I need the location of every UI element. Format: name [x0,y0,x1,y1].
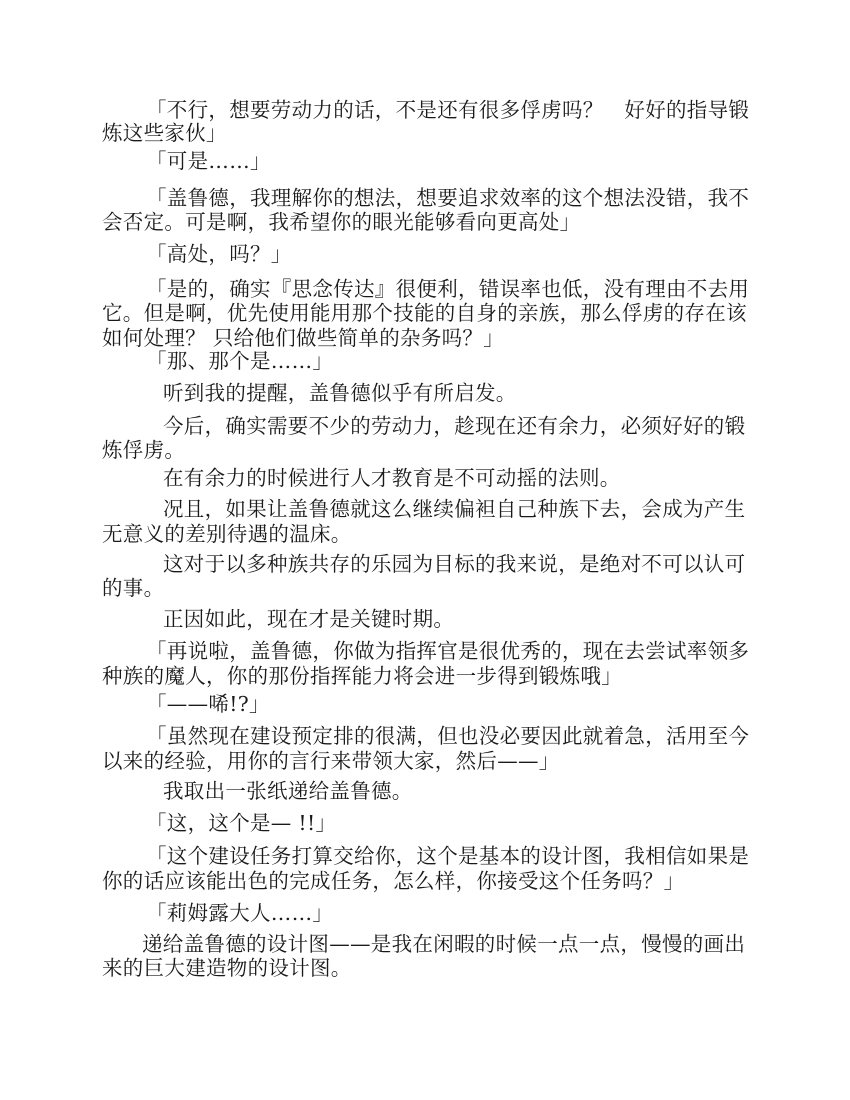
text-line: 「这个建设任务打算交给你，这个是基本的设计图，我相信如果是 [146,844,749,868]
text-line: 「那、那个是……」 [146,349,333,373]
text-line: 炼俘虏。 [102,438,185,462]
text-line: 「是的，确实『思念传达』很便利，错误率也低，没有理由不去用 [146,277,749,301]
text-line: 「——唏!?」 [146,692,270,716]
text-line: 会否定。可是啊，我希望你的眼光能够看向更高处」 [102,210,580,234]
text-line: 正因如此，现在才是关键时期。 [163,607,454,631]
text-line: 「虽然现在建设预定排的很满，但也没必要因此就着急，活用至今 [146,724,749,748]
text-line: 「高处，吗？」 [146,242,292,266]
text-line: 「不行，想要劳动力的话，不是还有很多俘虏吗？ 好好的指导锻 [146,98,749,122]
text-line: 「莉姆露大人……」 [146,901,333,925]
text-line: 这对于以多种族共存的乐园为目标的我来说，是绝对不可以认可 [163,552,745,576]
text-line: 「盖鲁德，我理解你的想法，想要追求效率的这个想法没错，我不 [146,186,749,210]
text-line: 「这，这个是— !!」 [146,811,336,835]
text-line: 在有余力的时候进行人才教育是不可动摇的法则。 [163,466,621,490]
text-line: 我取出一张纸递给盖鲁德。 [163,779,413,803]
text-line: 你的话应该能出色的完成任务，怎么样，你接受这个任务吗？」 [102,869,684,893]
text-line: 递给盖鲁德的设计图——是我在闲暇的时候一点一点，慢慢的画出 [142,932,745,956]
text-line: 来的巨大建造物的设计图。 [102,956,352,980]
text-line: 今后，确实需要不少的劳动力，趁现在还有余力，必须好好的锻 [163,414,745,438]
text-line: 「再说啦，盖鲁德，你做为指挥官是很优秀的，现在去尝试率领多 [146,639,749,663]
text-line: 的事。 [102,576,164,600]
text-line: 它。但是啊，优先使用能用那个技能的自身的亲族，那么俘虏的存在该 [102,301,747,325]
text-line: 无意义的差别待遇的温床。 [102,522,352,546]
text-line: 炼这些家伙」 [102,121,227,145]
text-line: 如何处理？ 只给他们做些简单的杂务吗？」 [102,326,504,350]
text-line: 种族的魔人，你的那份指挥能力将会进一步得到锻炼哦」 [102,664,622,688]
text-line: 以来的经验，用你的言行来带领大家，然后——」 [102,749,560,773]
text-line: 听到我的提醒，盖鲁德似乎有所启发。 [163,381,517,405]
document-page: 「不行，想要劳动力的话，不是还有很多俘虏吗？ 好好的指导锻 炼这些家伙」 「可是… [0,0,850,1100]
text-line: 况且，如果让盖鲁德就这么继续偏袒自己种族下去，会成为产生 [163,497,745,521]
text-line: 「可是……」 [146,149,271,173]
